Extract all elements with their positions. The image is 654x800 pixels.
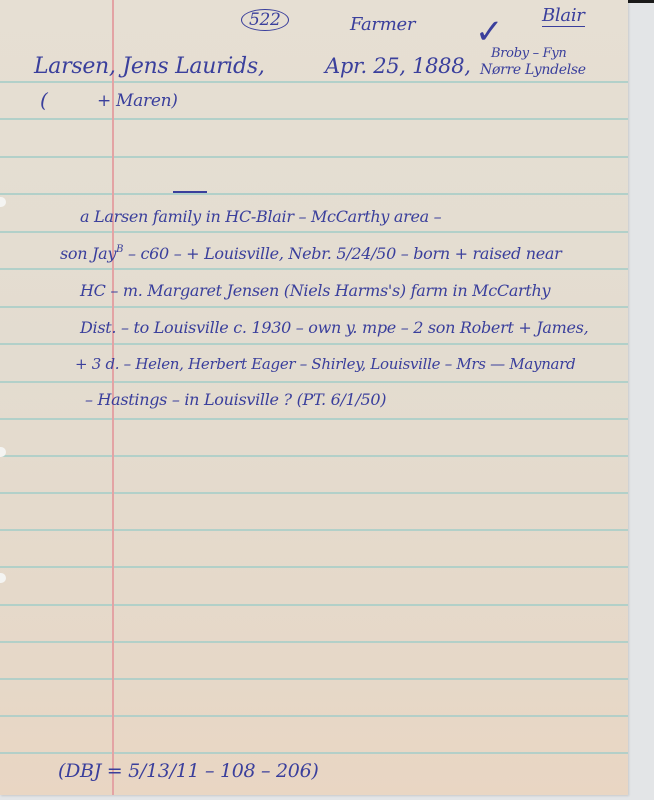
rule-line (0, 306, 628, 308)
rule-line (0, 118, 628, 120)
note-line-4: Dist. – to Louisville c. 1930 – own y. m… (80, 318, 588, 337)
card-number: 522 (241, 9, 289, 31)
rule-line (0, 455, 628, 457)
rule-line (0, 193, 628, 195)
rule-line (0, 752, 628, 754)
note-line-5: + 3 d. – Helen, Herbert Eager – Shirley,… (75, 355, 575, 373)
note-son: son Jay (60, 244, 116, 263)
rule-line (0, 715, 628, 717)
spouse-paren: ( (40, 88, 48, 112)
rule-line (0, 418, 628, 420)
rule-line (0, 492, 628, 494)
rule-line (0, 678, 628, 680)
separator-dash (173, 191, 207, 193)
binder-hole (0, 197, 6, 207)
scanner-edge (628, 0, 654, 3)
rule-line (0, 81, 628, 83)
birthplace-annotation: Broby – Fyn (491, 46, 566, 61)
place-tag: Blair (542, 5, 585, 27)
rule-line (0, 381, 628, 383)
rule-line (0, 604, 628, 606)
rule-line (0, 268, 628, 270)
note-line-3: HC – m. Margaret Jensen (Niels Harms's) … (80, 281, 550, 300)
person-name: Larsen, Jens Laurids, (34, 54, 265, 79)
spouse-name: + Maren) (97, 91, 178, 111)
birthplace: Nørre Lyndelse (480, 62, 586, 78)
binder-hole (0, 573, 6, 583)
rule-line (0, 566, 628, 568)
note-line-6: – Hastings – in Louisville ? (PT. 6/1/50… (85, 390, 386, 409)
rule-line (0, 641, 628, 643)
footer-reference: (DBJ = 5/13/11 – 108 – 206) (58, 760, 318, 782)
note-son-superscript: B (116, 244, 123, 255)
rule-line (0, 231, 628, 233)
rule-line (0, 343, 628, 345)
occupation: Farmer (350, 14, 415, 35)
notebook-page: 522 Farmer ✓ Blair Larsen, Jens Laurids,… (0, 0, 628, 795)
rule-line (0, 529, 628, 531)
note-son-rest: – c60 – + Louisville, Nebr. 5/24/50 – bo… (128, 244, 562, 263)
rule-line (0, 156, 628, 158)
note-line-2: son JayB – c60 – + Louisville, Nebr. 5/2… (60, 244, 562, 263)
note-line-1: a Larsen family in HC-Blair – McCarthy a… (80, 207, 441, 226)
birth-date: Apr. 25, 1888, (325, 54, 471, 78)
